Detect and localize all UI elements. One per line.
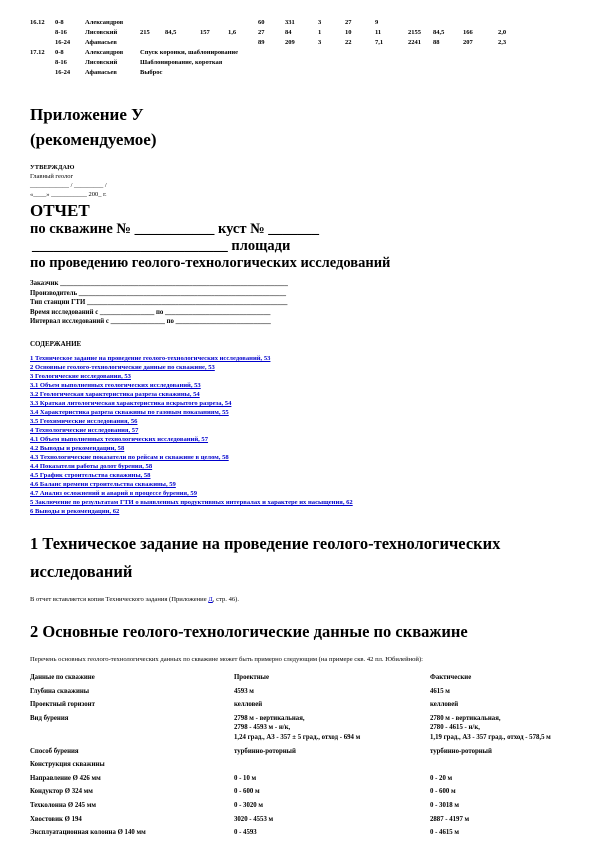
table-of-contents: 1 Техническое задание на проведение геол… bbox=[30, 354, 567, 516]
toc-link[interactable]: 3.2 Геологическая характеристика разреза… bbox=[30, 390, 567, 399]
actual-value: 0 - 20 м bbox=[430, 774, 579, 788]
appendix-heading: Приложение У (рекомендуемое) bbox=[30, 102, 567, 152]
table-row: Кондуктор Ø 324 мм 0 - 600 м 0 - 600 м bbox=[30, 787, 579, 801]
report-well-line: по скважине № ___________ куст № _______ bbox=[30, 221, 567, 238]
row-label: Кондуктор Ø 324 мм bbox=[30, 787, 234, 801]
toc-heading: СОДЕРЖАНИЕ bbox=[30, 340, 567, 348]
actual-value: турбинно-роторный bbox=[430, 747, 579, 761]
cell-date: 16.12 bbox=[30, 18, 55, 28]
date-line: «____» ___________ 200_ г. bbox=[30, 190, 567, 199]
drilling-log-table: 16.12 0-8 Александров 60 331 3 27 9 8-16… bbox=[30, 18, 567, 78]
toc-link[interactable]: 4.1 Объем выполненных технологических ис… bbox=[30, 435, 567, 444]
table-row: 16.12 0-8 Александров 60 331 3 27 9 bbox=[30, 18, 567, 28]
table-row: 16-24 Афанасьев 89 209 3 22 7,1 2241 88 … bbox=[30, 38, 567, 48]
paragraph-text: , стр. 46). bbox=[213, 596, 239, 603]
section-1-heading: 1 Техническое задание на проведение геол… bbox=[30, 530, 550, 586]
table-row: Хвостовик Ø 194 3020 - 4553 м 2887 - 419… bbox=[30, 815, 579, 829]
toc-link[interactable]: 4.2 Выводы и рекомендации, 58 bbox=[30, 444, 567, 453]
actual-value: 0 - 3018 м bbox=[430, 801, 579, 815]
report-title: ОТЧЕТ bbox=[30, 201, 567, 221]
toc-link[interactable]: 4 Технологические исследования, 57 bbox=[30, 426, 567, 435]
row-label: Техколонна Ø 245 мм bbox=[30, 801, 234, 815]
customer-field: Заказчик _______________________________… bbox=[30, 279, 567, 289]
row-label: Глубина скважины bbox=[30, 687, 234, 701]
actual-value: келловей bbox=[430, 700, 579, 714]
appendix-title: Приложение У bbox=[30, 102, 567, 127]
actual-value: 2780 м - вертикальная, 2780 - 4615 - н/к… bbox=[430, 714, 579, 747]
project-value: 0 - 3020 м bbox=[234, 801, 430, 815]
section-1-paragraph: В отчет вставляется копия Технического з… bbox=[30, 595, 567, 604]
approver-position: Главный геолог bbox=[30, 172, 567, 181]
actual-value: 0 - 4615 м bbox=[430, 828, 579, 842]
toc-link[interactable]: 5 Заключение по результатам ГТИ о выявле… bbox=[30, 498, 567, 507]
toc-link[interactable]: 4.3 Технологические показатели по рейсам… bbox=[30, 453, 567, 462]
table-row: Направление Ø 426 мм 0 - 10 м 0 - 20 м bbox=[30, 774, 579, 788]
signature-line: ____________ / _________ / bbox=[30, 181, 567, 190]
toc-link[interactable]: 3.1 Объем выполненных геологических иссл… bbox=[30, 381, 567, 390]
cell-activity-note: Шаблонирование, короткая bbox=[140, 58, 567, 68]
cell-operator: Афанасьев bbox=[85, 38, 140, 48]
document-page: 16.12 0-8 Александров 60 331 3 27 9 8-16… bbox=[0, 0, 595, 842]
column-header: Данные по скважине bbox=[30, 673, 234, 687]
toc-link[interactable]: 4.6 Баланс времени строительства скважин… bbox=[30, 480, 567, 489]
toc-link[interactable]: 2 Основные геолого-технологические данны… bbox=[30, 363, 567, 372]
table-row: Способ бурения турбинно-роторный турбинн… bbox=[30, 747, 579, 761]
row-label: Направление Ø 426 мм bbox=[30, 774, 234, 788]
cell-time: 16-24 bbox=[55, 68, 85, 78]
table-row: Эксплуатационная колонна Ø 140 мм 0 - 45… bbox=[30, 828, 579, 842]
appendix-subtitle: (рекомендуемое) bbox=[30, 127, 567, 152]
research-interval-field: Интервал исследований с ________________… bbox=[30, 317, 567, 327]
cell-activity-note: Выброс bbox=[140, 68, 567, 78]
project-value: 0 - 10 м bbox=[234, 774, 430, 788]
cell-operator: Лисовский bbox=[85, 58, 140, 68]
table-row: 8-16 Лисовский 215 84,5 157 1,6 27 84 1 … bbox=[30, 28, 567, 38]
table-row: 16-24 Афанасьев Выброс bbox=[30, 68, 567, 78]
actual-value: 0 - 600 м bbox=[430, 787, 579, 801]
cell-operator: Александров bbox=[85, 48, 140, 58]
toc-link[interactable]: 3.3 Краткая литологическая характеристик… bbox=[30, 399, 567, 408]
cell-operator: Афанасьев bbox=[85, 68, 140, 78]
actual-value bbox=[430, 760, 579, 774]
well-data-table: Данные по скважине Проектные Фактические… bbox=[30, 673, 579, 842]
toc-link[interactable]: 3.5 Геохимические исследования, 56 bbox=[30, 417, 567, 426]
cell-operator: Лисовский bbox=[85, 28, 140, 38]
approve-label: УТВЕРЖДАЮ bbox=[30, 163, 567, 172]
station-type-field: Тип станции ГТИ ________________________… bbox=[30, 298, 567, 308]
cell-activity-note: Спуск коронки, шаблонирование bbox=[140, 48, 567, 58]
cell-operator: Александров bbox=[85, 18, 140, 28]
column-header: Проектные bbox=[234, 673, 430, 687]
cell-time: 16-24 bbox=[55, 38, 85, 48]
toc-link[interactable]: 1 Техническое задание на проведение геол… bbox=[30, 354, 567, 363]
section-2-heading: 2 Основные геолого-технологические данны… bbox=[30, 618, 550, 646]
project-value bbox=[234, 760, 430, 774]
row-label: Проектный горизонт bbox=[30, 700, 234, 714]
table-header-row: Данные по скважине Проектные Фактические bbox=[30, 673, 579, 687]
row-label: Способ бурения bbox=[30, 747, 234, 761]
research-time-field: Время исследований с ________________ по… bbox=[30, 308, 567, 318]
toc-link[interactable]: 3.4 Характеристика разреза скважины по г… bbox=[30, 408, 567, 417]
cell-time: 8-16 bbox=[55, 58, 85, 68]
toc-link[interactable]: 3 Геологические исследования, 53 bbox=[30, 372, 567, 381]
paragraph-text: В отчет вставляется копия Технического з… bbox=[30, 596, 208, 603]
table-row: 17.12 0-8 Александров Спуск коронки, шаб… bbox=[30, 48, 567, 58]
table-row: 8-16 Лисовский Шаблонирование, короткая bbox=[30, 58, 567, 68]
approval-block: УТВЕРЖДАЮ Главный геолог ____________ / … bbox=[30, 163, 567, 199]
actual-value: 4615 м bbox=[430, 687, 579, 701]
actual-value: 2887 - 4197 м bbox=[430, 815, 579, 829]
report-form: Заказчик _______________________________… bbox=[30, 279, 567, 327]
table-row: Вид бурения 2798 м - вертикальная, 2798 … bbox=[30, 714, 579, 747]
section-2-paragraph: Перечень основных геолого-технологически… bbox=[30, 655, 567, 664]
cell-time: 0-8 bbox=[55, 18, 85, 28]
cell-time: 0-8 bbox=[55, 48, 85, 58]
toc-link[interactable]: 4.7 Анализ осложнений и аварий в процесс… bbox=[30, 489, 567, 498]
table-row: Глубина скважины 4593 м 4615 м bbox=[30, 687, 579, 701]
table-row: Конструкция скважины bbox=[30, 760, 579, 774]
contractor-field: Производитель __________________________… bbox=[30, 289, 567, 299]
project-value: 2798 м - вертикальная, 2798 - 4593 м - н… bbox=[234, 714, 430, 747]
report-area-line: ___________________________ площади bbox=[30, 238, 567, 255]
project-value: 0 - 600 м bbox=[234, 787, 430, 801]
project-value: турбинно-роторный bbox=[234, 747, 430, 761]
table-row: Проектный горизонт келловей келловей bbox=[30, 700, 579, 714]
cell-date: 17.12 bbox=[30, 48, 55, 58]
project-value: келловей bbox=[234, 700, 430, 714]
row-label: Вид бурения bbox=[30, 714, 234, 747]
row-label: Конструкция скважины bbox=[30, 760, 234, 774]
toc-link[interactable]: 4.4 Показатели работы долот бурения, 58 bbox=[30, 462, 567, 471]
row-label: Эксплуатационная колонна Ø 140 мм bbox=[30, 828, 234, 842]
project-value: 0 - 4593 bbox=[234, 828, 430, 842]
table-row: Техколонна Ø 245 мм 0 - 3020 м 0 - 3018 … bbox=[30, 801, 579, 815]
toc-link[interactable]: 6 Выводы и рекомендации, 62 bbox=[30, 507, 567, 516]
report-purpose-line: по проведению геолого-технологических ис… bbox=[30, 255, 567, 272]
column-header: Фактические bbox=[430, 673, 579, 687]
project-value: 3020 - 4553 м bbox=[234, 815, 430, 829]
row-label: Хвостовик Ø 194 bbox=[30, 815, 234, 829]
toc-link[interactable]: 4.5 График строительства скважины, 58 bbox=[30, 471, 567, 480]
project-value: 4593 м bbox=[234, 687, 430, 701]
cell-time: 8-16 bbox=[55, 28, 85, 38]
